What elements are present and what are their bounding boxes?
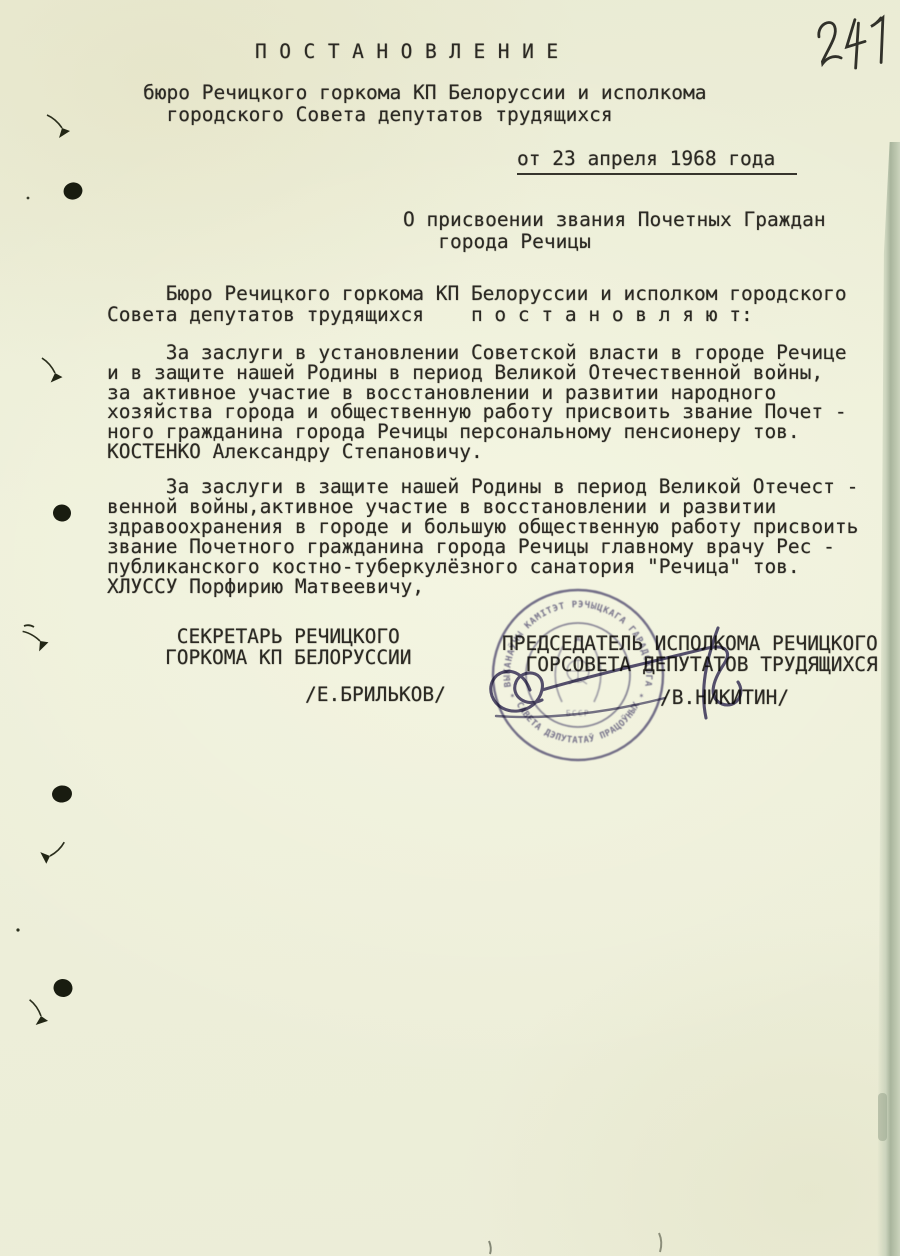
hole-punch	[62, 180, 85, 201]
pen-check-mark	[39, 840, 64, 865]
ink-speck	[27, 197, 30, 200]
pen-check-mark	[24, 1000, 52, 1028]
hole-punch	[51, 785, 73, 804]
signature-left-role: СЕКРЕТАРЬ РЕЧИЦКОГО ГОРКОМА КП БЕЛОРУССИ…	[165, 626, 412, 668]
signature-left-name: /Е.БРИЛЬКОВ/	[305, 685, 446, 705]
resolution-intro: Бюро Речицкого горкома КП Белоруссии и и…	[107, 284, 847, 325]
pen-check-mark	[39, 358, 65, 384]
handwritten-signature	[460, 620, 780, 730]
document-page: П О С Т А Н О В Л Е Н И Е бюро Речицкого…	[0, 0, 900, 1256]
page-number-glyphs	[817, 15, 889, 73]
issuing-body-line: бюро Речицкого горкома КП Белоруссии и и…	[143, 82, 707, 125]
handwritten-page-number	[806, 10, 900, 80]
pen-dash-mark	[24, 625, 34, 627]
scan-edge-strip	[877, 142, 900, 1256]
scan-edge-shadow	[878, 1093, 887, 1141]
hole-punch	[52, 977, 74, 999]
pen-check-mark	[47, 115, 70, 138]
subject-line: О присвоении звания Почетных Граждан гор…	[403, 209, 826, 252]
date-underlined-text: от 23 апреля 1968 года	[517, 149, 797, 175]
document-title: П О С Т А Н О В Л Е Н И Е	[255, 42, 559, 62]
pen-check-mark	[23, 627, 50, 654]
edge-mark	[659, 1233, 661, 1252]
date-line: от 23 апреля 1968 года	[517, 149, 797, 175]
ink-speck	[16, 928, 19, 931]
resolution-paragraph-1: За заслуги в установлении Советской влас…	[107, 343, 847, 462]
resolution-paragraph-2: За заслуги в защите нашей Родины в перио…	[107, 477, 858, 597]
edge-mark	[489, 1241, 491, 1254]
hole-punch	[52, 503, 72, 522]
